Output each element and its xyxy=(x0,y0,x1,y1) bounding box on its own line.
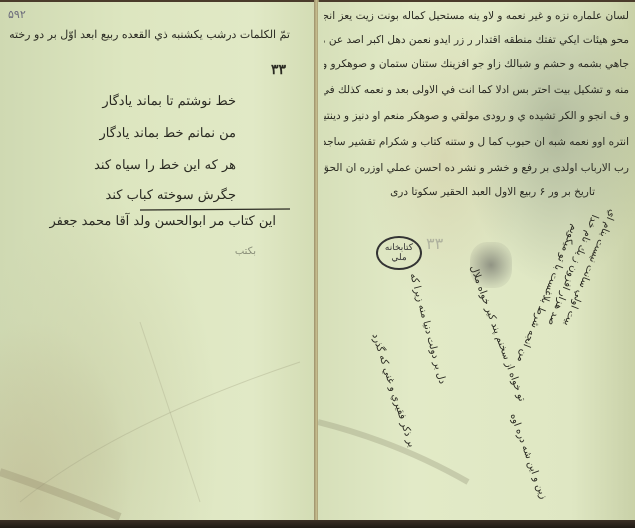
folio-number: ۵۹۲ xyxy=(8,8,26,21)
ownership-line: اين كتاب مر ابوالحسن ولد آقا محمد جعفر xyxy=(49,214,276,229)
main-text-line-1: لسان علماره نزه و غير نعمه و لاو ينه مست… xyxy=(324,10,629,22)
main-text-line-8: تاريخ بر ور ۶ ربيع الاول العبد الحقير سك… xyxy=(325,186,595,198)
manuscript-spread: ۵۹۲ تمّ الكلمات درشب يكشنبه ذي القعده رب… xyxy=(0,0,635,528)
main-text-line-7: رب الارباب اولدى بر رفع و خشر و نشر ده ا… xyxy=(324,162,629,174)
paper-creases xyxy=(0,302,316,522)
colophon-mark: ۳۳ xyxy=(271,62,286,78)
verse-line-4: جگرش سوخته كباب كند xyxy=(106,188,236,203)
faint-note: بكتب xyxy=(235,246,256,257)
verse-line-1: خط نوشتم تا بماند يادگار xyxy=(102,94,236,109)
colophon-header-line: تمّ الكلمات درشب يكشنبه ذي القعده ربيع ا… xyxy=(10,28,290,41)
main-text-line-4: منه و تشكيل بيت احتر بس ادلا كما انت في … xyxy=(324,84,629,96)
book-bottom-edge xyxy=(0,520,635,528)
main-text-line-2: محو هيئات ايكي تفتك منطقه اقتدار ر زر اي… xyxy=(324,34,629,46)
faint-mark: ۳۳ xyxy=(426,234,443,253)
margin-note-3: من انجه شرط بلاغست با تو ميكويم xyxy=(515,223,580,364)
right-page: لسان علماره نزه و غير نعمه و لاو ينه مست… xyxy=(318,2,635,522)
main-text-line-5: و ف انجو و الكر تشيده ي و رودى مولقي و ص… xyxy=(324,110,629,122)
paper-creases xyxy=(318,362,635,522)
library-stamp: كتابخانه ملي xyxy=(376,236,422,270)
left-page: ۵۹۲ تمّ الكلمات درشب يكشنبه ذي القعده رب… xyxy=(0,2,317,522)
main-text-line-3: جاهي بشمه و حشم و شبالك زاو جو افزينك ست… xyxy=(324,58,629,70)
verse-line-3: هر كه اين خط را سياه كند xyxy=(94,158,236,173)
separator-line xyxy=(140,207,290,213)
verse-line-2: من نمانم خط بماند يادگار xyxy=(100,126,236,141)
main-text-line-6: انتره اوو نعمه شبه ان حبوب كما ل و ستنه … xyxy=(324,136,629,148)
